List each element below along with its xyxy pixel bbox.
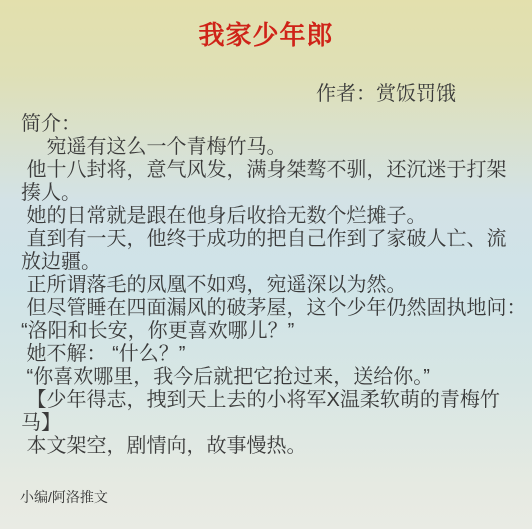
synopsis-line: “你喜欢哪里，我今后就把它抢过来，送给你。”: [21, 366, 524, 389]
synopsis-line: 她的日常就是跟在他身后收拾无数个烂摊子。: [21, 205, 524, 228]
synopsis-line: 本文架空，剧情向，故事慢热。: [21, 435, 524, 458]
synopsis-line: 放边疆。: [21, 251, 524, 274]
synopsis-line: 马】: [21, 412, 524, 435]
synopsis-line: 宛遥有这么一个青梅竹马。: [21, 136, 524, 159]
synopsis-line: 揍人。: [21, 182, 524, 205]
novel-title: 我家少年郎: [0, 0, 532, 52]
synopsis-line: 但尽管睡在四面漏风的破茅屋，这个少年仍然固执地问：: [21, 297, 524, 320]
synopsis-line: 他十八封将，意气风发，满身桀骜不驯，还沉迷于打架: [21, 159, 524, 182]
synopsis-line: 她不解： “什么？”: [21, 343, 524, 366]
synopsis-line: 简介：: [21, 113, 524, 136]
synopsis-line: “洛阳和长安，你更喜欢哪儿？”: [21, 320, 524, 343]
novel-promo-card: 我家少年郎 作者：赏饭罚饿 简介： 宛遥有这么一个青梅竹马。 他十八封将，意气风…: [0, 0, 532, 529]
synopsis-line: 【少年得志，拽到天上去的小将军X温柔软萌的青梅竹: [21, 389, 524, 412]
synopsis-block: 简介： 宛遥有这么一个青梅竹马。 他十八封将，意气风发，满身桀骜不驯，还沉迷于打…: [0, 113, 532, 458]
author-line: 作者：赏饭罚饿: [0, 77, 532, 106]
synopsis-line: 直到有一天，他终于成功的把自己作到了家破人亡、流: [21, 228, 524, 251]
synopsis-line: 正所谓落毛的凤凰不如鸡，宛遥深以为然。: [21, 274, 524, 297]
editor-credit: 小编/阿洛推文: [20, 487, 108, 507]
